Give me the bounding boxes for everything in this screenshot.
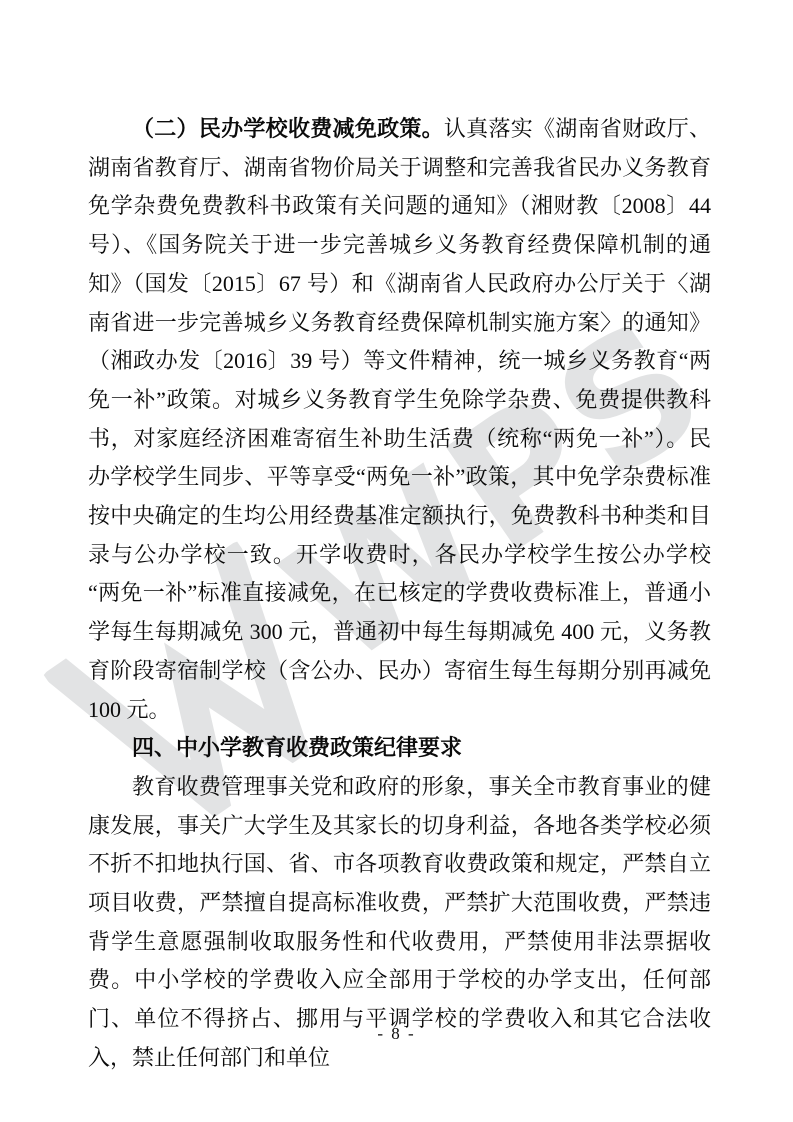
paragraph-lead-bold: （二）民办学校收费减免政策。 bbox=[132, 116, 444, 141]
paragraph-private-school-fee-reduction-policy: （二）民办学校收费减免政策。认真落实《湖南省财政厅、湖南省教育厅、湖南省物价局关… bbox=[88, 110, 711, 729]
paragraph-body-text: 认真落实《湖南省财政厅、湖南省教育厅、湖南省物价局关于调整和完善我省民办义务教育… bbox=[88, 116, 711, 722]
document-page: WPS （二）民办学校收费减免政策。认真落实《湖南省财政厅、湖南省教育厅、湖南省… bbox=[0, 0, 793, 1122]
page-number: - 8 - bbox=[0, 1024, 793, 1044]
section-heading-discipline-requirements: 四、中小学教育收费政策纪律要求 bbox=[88, 729, 711, 768]
text-block: （二）民办学校收费减免政策。认真落实《湖南省财政厅、湖南省教育厅、湖南省物价局关… bbox=[88, 110, 711, 1078]
